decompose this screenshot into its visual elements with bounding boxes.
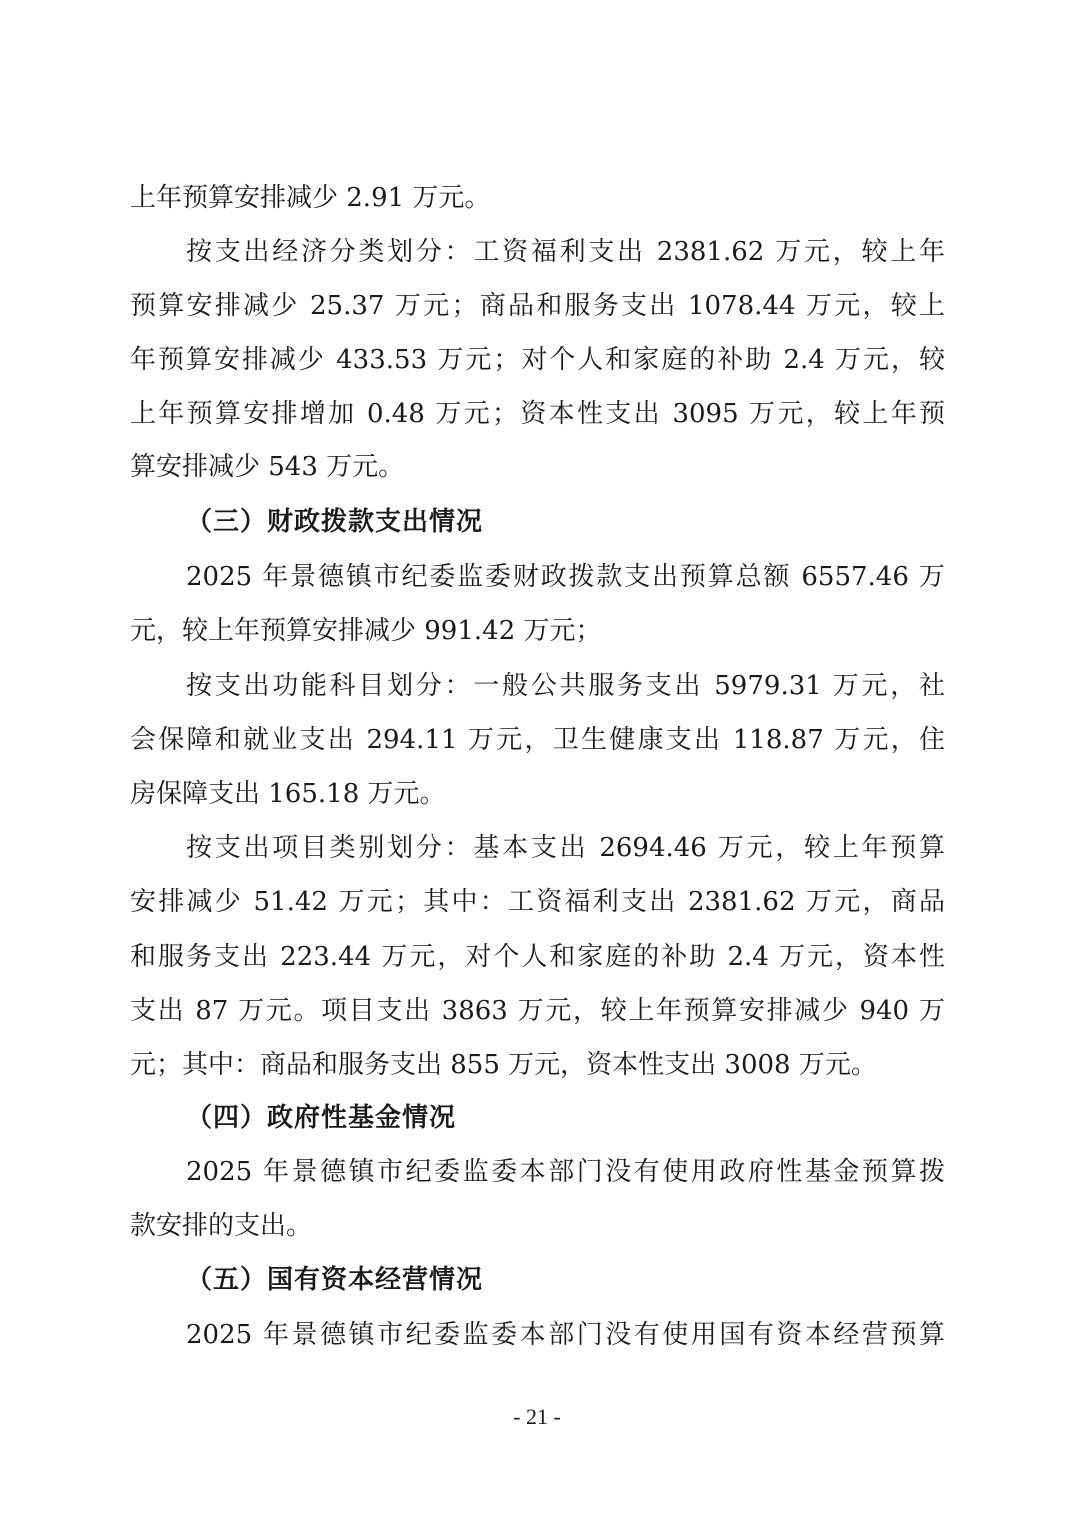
body-text-line: 按支出项目类别划分：基本支出 2694.46 万元，较上年预算 xyxy=(186,828,945,868)
body-text-line: 元，较上年预算安排减少 991.42 万元； xyxy=(130,611,945,651)
body-text-line: 款安排的支出。 xyxy=(130,1206,945,1246)
body-text-line: 按支出功能科目划分：一般公共服务支出 5979.31 万元，社 xyxy=(186,666,945,706)
body-text-line: 预算安排减少 25.37 万元；商品和服务支出 1078.44 万元，较上 xyxy=(130,286,945,326)
section-heading-state-capital: （五）国有资本经营情况 xyxy=(186,1260,483,1300)
body-text-line: 2025 年景德镇市纪委监委财政拨款支出预算总额 6557.46 万 xyxy=(186,557,945,597)
body-text-line: 上年预算安排增加 0.48 万元；资本性支出 3095 万元，较上年预 xyxy=(130,394,945,434)
body-text-line: 支出 87 万元。项目支出 3863 万元，较上年预算安排减少 940 万 xyxy=(130,991,945,1031)
body-text-line: 年预算安排减少 433.53 万元；对个人和家庭的补助 2.4 万元，较 xyxy=(130,340,945,380)
body-text-line: 上年预算安排减少 2.91 万元。 xyxy=(130,178,945,218)
body-text-line: 2025 年景德镇市纪委监委本部门没有使用国有资本经营预算 xyxy=(186,1315,945,1355)
page-number: - 21 - xyxy=(0,1402,1074,1432)
body-text-line: 按支出经济分类划分：工资福利支出 2381.62 万元，较上年 xyxy=(186,232,945,272)
body-text-line: 和服务支出 223.44 万元，对个人和家庭的补助 2.4 万元，资本性 xyxy=(130,937,945,977)
document-page: 上年预算安排减少 2.91 万元。 按支出经济分类划分：工资福利支出 2381.… xyxy=(0,0,1074,1520)
body-text-line: 元；其中：商品和服务支出 855 万元，资本性支出 3008 万元。 xyxy=(130,1045,945,1085)
body-text-line: 2025 年景德镇市纪委监委本部门没有使用政府性基金预算拨 xyxy=(186,1152,945,1192)
section-heading-government-fund: （四）政府性基金情况 xyxy=(186,1098,456,1138)
body-text-line: 会保障和就业支出 294.11 万元，卫生健康支出 118.87 万元，住 xyxy=(130,720,945,760)
section-heading-fiscal-appropriation: （三）财政拨款支出情况 xyxy=(186,502,483,542)
body-text-line: 安排减少 51.42 万元；其中：工资福利支出 2381.62 万元，商品 xyxy=(130,882,945,922)
body-text-line: 房保障支出 165.18 万元。 xyxy=(130,774,945,814)
body-text-line: 算安排减少 543 万元。 xyxy=(130,447,945,487)
